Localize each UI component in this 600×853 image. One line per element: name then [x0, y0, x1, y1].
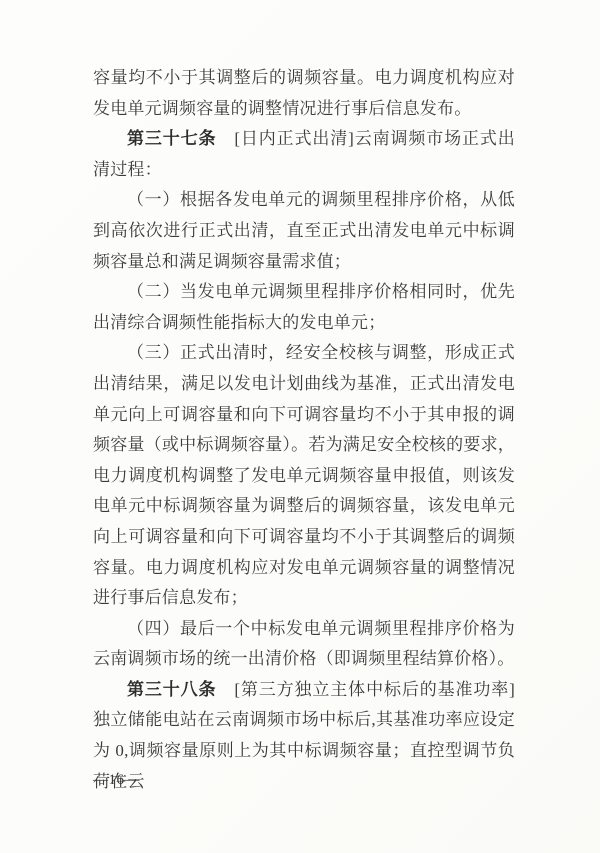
paragraph-text: （三）正式出清时，经安全校核与调整，形成正式出清结果，满足以发电计划曲线为基准，… — [93, 343, 515, 607]
paragraph: （一）根据各发电单元的调频里程排序价格，从低到高依次进行正式出清，直至正式出清发… — [93, 185, 515, 277]
paragraph-text: （一）根据各发电单元的调频里程排序价格，从低到高依次进行正式出清，直至正式出清发… — [93, 190, 515, 270]
paragraph-text: 容量均不小于其调整后的调频容量。电力调度机构应对发电单元调频容量的调整情况进行事… — [93, 68, 515, 118]
paragraph: （四）最后一个中标发电单元调频里程排序价格为云南调频市场的统一出清价格（即调频里… — [93, 614, 515, 675]
paragraph: 第三十八条 [第三方独立主体中标后的基准功率]独立储能电站在云南调频市场中标后,… — [93, 675, 515, 797]
paragraph: 第三十七条 [日内正式出清]云南调频市场正式出清过程： — [93, 124, 515, 185]
document-page: 容量均不小于其调整后的调频容量。电力调度机构应对发电单元调频容量的调整情况进行事… — [0, 0, 600, 853]
article-number: 第三十七条 — [127, 129, 216, 148]
paragraph: （二）当发电单元调频里程排序价格相同时，优先出清综合调频性能指标大的发电单元； — [93, 277, 515, 338]
page-number: —16— — [93, 769, 140, 791]
paragraph: 容量均不小于其调整后的调频容量。电力调度机构应对发电单元调频容量的调整情况进行事… — [93, 63, 515, 124]
paragraph-text: （二）当发电单元调频里程排序价格相同时，优先出清综合调频性能指标大的发电单元； — [93, 282, 515, 332]
paragraph: （三）正式出清时，经安全校核与调整，形成正式出清结果，满足以发电计划曲线为基准，… — [93, 338, 515, 613]
document-body: 容量均不小于其调整后的调频容量。电力调度机构应对发电单元调频容量的调整情况进行事… — [93, 63, 515, 797]
article-number: 第三十八条 — [127, 680, 216, 699]
paragraph-text: （四）最后一个中标发电单元调频里程排序价格为云南调频市场的统一出清价格（即调频里… — [93, 619, 515, 669]
